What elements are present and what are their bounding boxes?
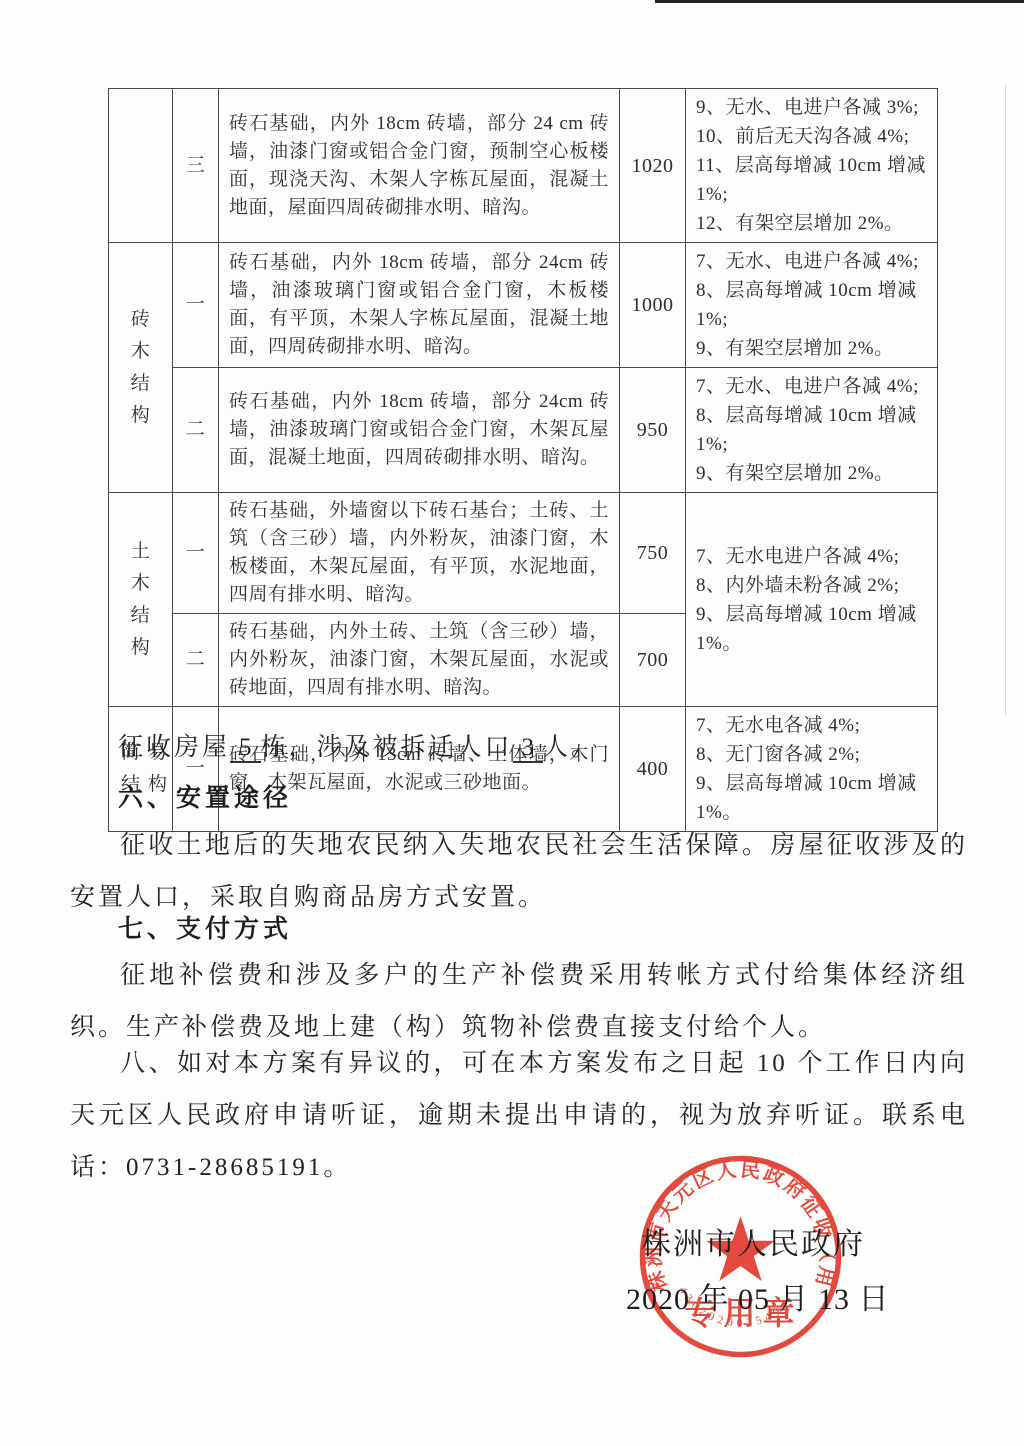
document-page: 三 砖石基础，内外 18cm 砖墙，部分 24 cm 砖墙，油漆门窗或铝合金门窗… bbox=[0, 0, 1024, 1446]
price-cell: 1020 bbox=[620, 89, 686, 243]
grade-cell: 二 bbox=[173, 368, 219, 493]
rules-cell: 7、无水、电进户各减 4%; 8、层高每增减 10cm 增减 1%; 9、有架空… bbox=[686, 243, 938, 368]
rule-line: 9、无水、电进户各减 3%; bbox=[696, 93, 927, 122]
rule-line: 8、层高每增减 10cm 增减 1%; bbox=[696, 401, 927, 459]
rule-line: 7、无水电进户各减 4%; bbox=[696, 542, 927, 571]
rules-cell: 7、无水、电进户各减 4%; 8、层高每增减 10cm 增减 1%; 9、有架空… bbox=[686, 368, 938, 493]
houses-count: 5 bbox=[230, 734, 261, 763]
category-cell: 土木结构 bbox=[109, 493, 173, 707]
grade-cell: 一 bbox=[173, 243, 219, 368]
price-cell: 950 bbox=[620, 368, 686, 493]
rule-line: 11、层高每增减 10cm 增减 1%; bbox=[696, 151, 927, 209]
table-row: 砖木结构 一 砖石基础，内外 18cm 砖墙，部分 24cm 砖墙，油漆玻璃门窗… bbox=[109, 243, 938, 368]
table-row: 三 砖石基础，内外 18cm 砖墙，部分 24 cm 砖墙，油漆门窗或铝合金门窗… bbox=[109, 89, 938, 243]
category-label: 砖木结构 bbox=[129, 304, 153, 432]
rule-line: 9、有架空层增加 2%。 bbox=[696, 459, 927, 488]
rule-line: 12、有架空层增加 2%。 bbox=[696, 209, 927, 238]
signature-issuer: 株洲市人民政府 bbox=[641, 1219, 865, 1263]
section-heading-7: 七、支付方式 bbox=[118, 903, 292, 955]
rule-line: 9、层高每增减 10cm 增减 1%。 bbox=[696, 769, 927, 827]
houses-prefix: 征收房屋 bbox=[118, 734, 230, 761]
description-cell: 砖石基础，外墙窗以下砖石基台；土砖、土筑（含三砂）墙，内外粉灰，油漆门窗，木板楼… bbox=[219, 493, 620, 614]
scan-edge-line bbox=[1005, 85, 1006, 715]
houses-mid: 栋，涉及被拆迁人口 bbox=[261, 734, 513, 761]
grade-cell: 三 bbox=[173, 89, 219, 243]
houses-summary-line: 征收房屋5栋，涉及被拆迁人口3人。 bbox=[118, 722, 968, 774]
rule-line: 9、层高每增减 10cm 增减 1%。 bbox=[696, 600, 927, 658]
rule-line: 8、内外墙未粉各减 2%; bbox=[696, 571, 927, 600]
people-count: 3 bbox=[513, 734, 544, 763]
grade-cell: 一 bbox=[173, 493, 219, 614]
rule-line: 10、前后无天沟各减 4%; bbox=[696, 122, 927, 151]
price-cell: 700 bbox=[620, 614, 686, 707]
price-cell: 1000 bbox=[620, 243, 686, 368]
houses-suffix: 人。 bbox=[543, 734, 599, 761]
grade-cell: 二 bbox=[173, 614, 219, 707]
rules-cell: 7、无水电进户各减 4%; 8、内外墙未粉各减 2%; 9、层高每增减 10cm… bbox=[686, 493, 938, 707]
rule-line: 8、层高每增减 10cm 增减 1%; bbox=[696, 276, 927, 334]
table-row: 二 砖石基础，内外 18cm 砖墙，部分 24cm 砖墙，油漆玻璃门窗或铝合金门… bbox=[109, 368, 938, 493]
description-cell: 砖石基础，内外 18cm 砖墙，部分 24 cm 砖墙，油漆门窗或铝合金门窗，预… bbox=[219, 89, 620, 243]
description-cell: 砖石基础，内外 18cm 砖墙，部分 24cm 砖墙，油漆玻璃门窗或铝合金门窗，… bbox=[219, 243, 620, 368]
rule-line: 9、有架空层增加 2%。 bbox=[696, 334, 927, 363]
scan-artifact-line bbox=[655, 0, 1024, 3]
category-label: 土木结构 bbox=[129, 536, 153, 664]
rules-cell: 9、无水、电进户各减 3%; 10、前后无天沟各减 4%; 11、层高每增减 1… bbox=[686, 89, 938, 243]
category-cell: 砖木结构 bbox=[109, 243, 173, 493]
section-heading-6: 六、安置途径 bbox=[118, 772, 292, 824]
category-cell bbox=[109, 89, 173, 243]
description-cell: 砖石基础，内外 18cm 砖墙，部分 24cm 砖墙，油漆玻璃门窗或铝合金门窗，… bbox=[219, 368, 620, 493]
rule-line: 7、无水、电进户各减 4%; bbox=[696, 372, 927, 401]
signature-date: 2020 年 05 月 13 日 bbox=[626, 1274, 890, 1318]
table-row: 土木结构 一 砖石基础，外墙窗以下砖石基台；土砖、土筑（含三砂）墙，内外粉灰，油… bbox=[109, 493, 938, 614]
rule-line: 7、无水、电进户各减 4%; bbox=[696, 247, 927, 276]
compensation-table: 三 砖石基础，内外 18cm 砖墙，部分 24 cm 砖墙，油漆门窗或铝合金门窗… bbox=[108, 88, 938, 832]
description-cell: 砖石基础，内外土砖、土筑（含三砂）墙，内外粉灰，油漆门窗，木架瓦屋面，水泥或砖地… bbox=[219, 614, 620, 707]
price-cell: 750 bbox=[620, 493, 686, 614]
